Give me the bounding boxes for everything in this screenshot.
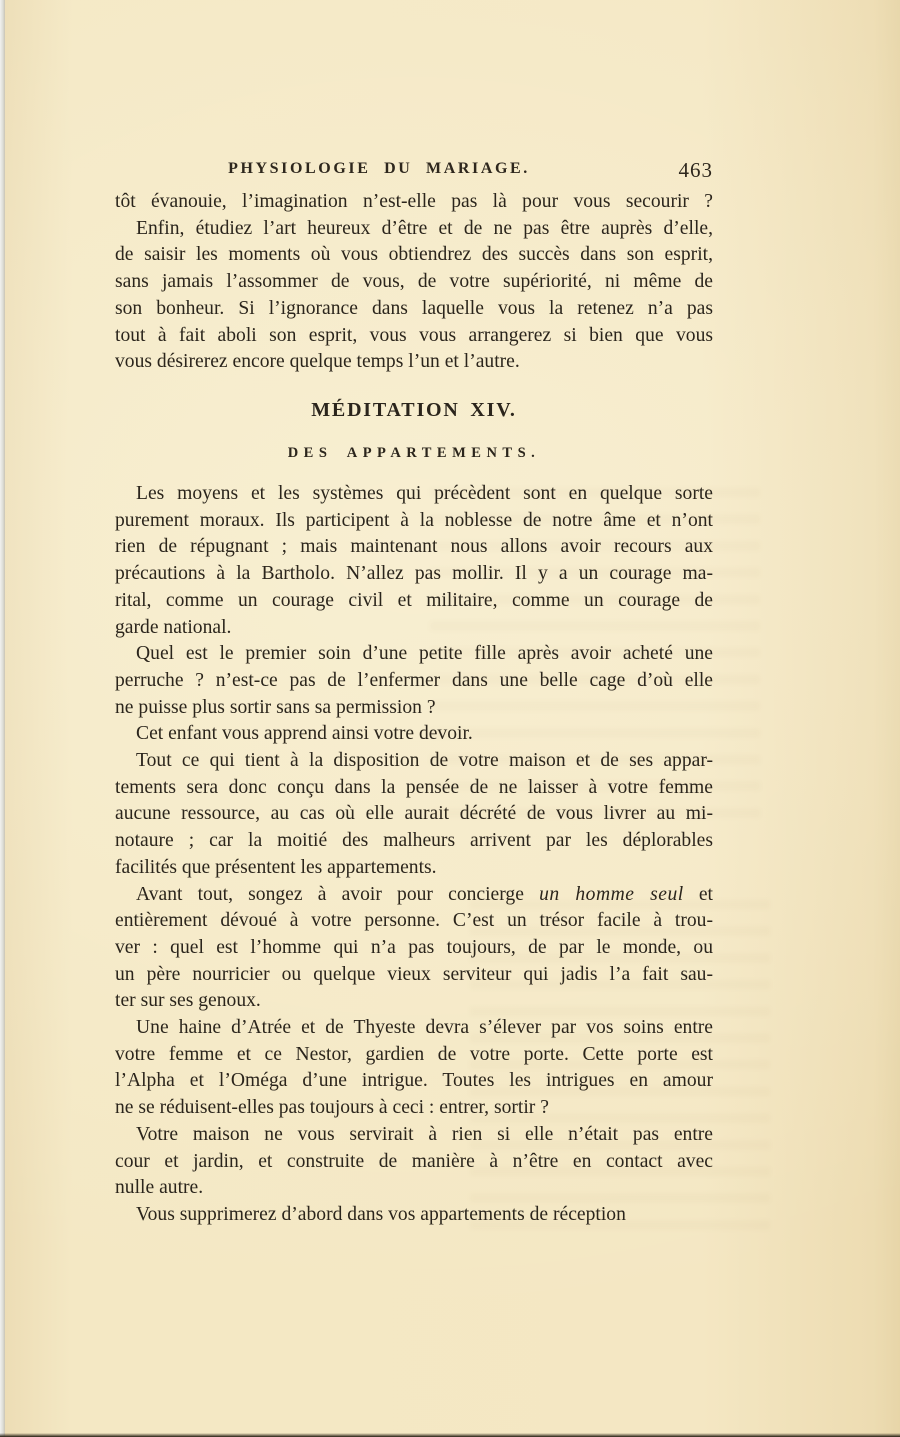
- text-line: un père nourricier ou quelque vieux serv…: [115, 962, 713, 989]
- text-line: rital, comme un courage civil et militai…: [115, 588, 713, 615]
- body-text-main: Les moyens et les systèmes qui précèdent…: [115, 481, 713, 1229]
- text-line: tements sera donc conçu dans la pensée d…: [115, 775, 713, 802]
- text-line: sans jamais l’assommer de vous, de votre…: [115, 269, 713, 296]
- italic-phrase: un homme seul: [539, 884, 684, 905]
- text-line: tout à fait aboli son esprit, vous vous …: [115, 323, 713, 350]
- text-line: perruche ? n’est-ce pas de l’enfermer da…: [115, 668, 713, 695]
- text-line: Cet enfant vous apprend ainsi votre devo…: [115, 721, 713, 748]
- text-line: ne puisse plus sortir sans sa permission…: [115, 695, 713, 722]
- text-line: entièrement dévoué à votre personne. C’e…: [115, 908, 713, 935]
- text-line: purement moraux. Ils participent à la no…: [115, 508, 713, 535]
- text-line: l’Alpha et l’Oméga d’une intrigue. Toute…: [115, 1068, 713, 1095]
- text-line: Tout ce qui tient à la disposition de vo…: [115, 748, 713, 775]
- text-line: aucune ressource, au cas où elle aurait …: [115, 801, 713, 828]
- text-line: Enfin, étudiez l’art heureux d’être et d…: [115, 216, 713, 243]
- text-line: son bonheur. Si l’ignorance dans laquell…: [115, 296, 713, 323]
- text-line: vous désirerez encore quelque temps l’un…: [115, 349, 713, 376]
- text-line: Votre maison ne vous servirait à rien si…: [115, 1122, 713, 1149]
- scan-bottom-edge: [0, 1433, 900, 1437]
- text-line: Quel est le premier soin d’une petite fi…: [115, 641, 713, 668]
- text-line: votre femme et ce Nestor, gardien de vot…: [115, 1042, 713, 1069]
- text-line: facilités que présentent les appartement…: [115, 855, 713, 882]
- book-page: PHYSIOLOGIE DU MARIAGE. 463 tôt évanouie…: [0, 0, 900, 1437]
- section-subheading: DES APPARTEMENTS.: [115, 445, 713, 462]
- text-line: précautions à la Bartholo. N’allez pas m…: [115, 561, 713, 588]
- text-line: Les moyens et les systèmes qui précèdent…: [115, 481, 713, 508]
- text-line: Vous supprimerez d’abord dans vos appart…: [115, 1202, 713, 1229]
- scan-left-edge: [0, 0, 5, 1437]
- text-line: cour et jardin, et construite de manière…: [115, 1149, 713, 1176]
- text-segment: et: [684, 884, 713, 905]
- text-line: nulle autre.: [115, 1175, 713, 1202]
- text-line: ver : quel est l’homme qui n’a pas toujo…: [115, 935, 713, 962]
- text-line: Avant tout, songez à avoir pour concierg…: [115, 882, 713, 909]
- text-segment: Avant tout, songez à avoir pour concierg…: [136, 884, 539, 905]
- text-line: rien de répugnant ; mais maintenant nous…: [115, 534, 713, 561]
- meditation-heading: MÉDITATION XIV.: [115, 399, 713, 422]
- text-line: ne se réduisent-elles pas toujours à cec…: [115, 1095, 713, 1122]
- running-title: PHYSIOLOGIE DU MARIAGE.: [115, 160, 643, 178]
- text-line: ter sur ses genoux.: [115, 988, 713, 1015]
- text-line: garde national.: [115, 615, 713, 642]
- text-line: de saisir les moments où vous obtiendrez…: [115, 242, 713, 269]
- text-line: Une haine d’Atrée et de Thyeste devra s’…: [115, 1015, 713, 1042]
- page-number: 463: [679, 158, 714, 183]
- text-line: tôt évanouie, l’imagination n’est-elle p…: [115, 189, 713, 216]
- page-header: PHYSIOLOGIE DU MARIAGE. 463: [115, 158, 713, 186]
- text-line: notaure ; car la moitié des malheurs arr…: [115, 828, 713, 855]
- body-text-top: tôt évanouie, l’imagination n’est-elle p…: [115, 189, 713, 376]
